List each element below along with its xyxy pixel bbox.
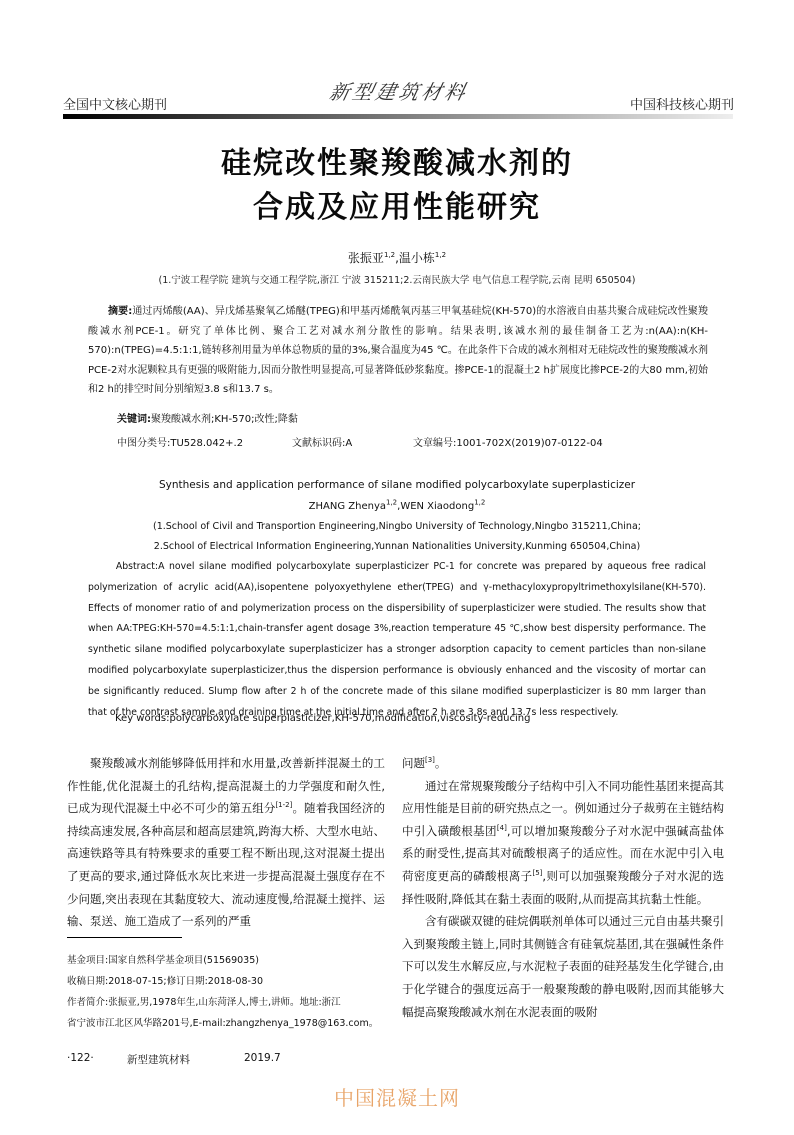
abstract-cn-text: 通过丙烯酸(AA)、异戊烯基聚氧乙烯醚(TPEG)和甲基丙烯酰氧丙基三甲氧基硅烷… xyxy=(88,306,708,395)
author-name: 温小栋 xyxy=(399,251,435,265)
body-paragraph: 问题[3]。 xyxy=(402,752,724,775)
citation-ref[interactable]: [3] xyxy=(425,756,435,764)
header-right-label: 中国科技核心期刊 xyxy=(630,94,734,113)
english-affiliation-1: (1.School of Civil and Transportion Engi… xyxy=(0,521,794,532)
paragraph-text: 。随着我国经济的持续高速发展,各种高层和超高层建筑,跨海大桥、大型水电站、高速铁… xyxy=(67,801,385,928)
footnote-fund: 基金项目:国家自然科学基金项目(51569035) xyxy=(67,950,387,971)
body-paragraph: 聚羧酸减水剂能够降低用拌和水用量,改善新拌混凝土的工作性能,优化混凝土的孔结构,… xyxy=(67,752,385,933)
keywords-en: Key words:polycarboxylate superplasticiz… xyxy=(115,713,530,724)
header-divider xyxy=(63,114,733,119)
author-name: 张振亚 xyxy=(348,251,384,265)
author-affil-sup: 1,2 xyxy=(386,499,397,507)
author-affil-sup: 1,2 xyxy=(474,499,485,507)
citation-ref[interactable]: [4] xyxy=(497,824,507,832)
paragraph-text: 问题 xyxy=(402,756,425,770)
paragraph-text: 含有碳碳双键的硅烷偶联剂单体可以通过三元自由基共聚引入到聚羧酸主链上,同时其侧链… xyxy=(402,914,724,1018)
footnote-bio-cont: 省宁波市江北区风华路201号,E-mail:zhangzhenya_1978@1… xyxy=(67,1013,387,1034)
clc-number: 中图分类号:TU528.042+.2 xyxy=(117,434,243,449)
keywords-en-text: polycarboxylate superplasticizer,KH-570,… xyxy=(169,713,530,724)
body-paragraph: 通过在常规聚羧酸分子结构中引入不同功能性基团来提高其应用性能是目前的研究热点之一… xyxy=(402,775,724,911)
abstract-en-text: A novel silane modified polycarboxylate … xyxy=(88,561,706,718)
keywords-en-label: Key words: xyxy=(115,713,169,724)
document-code: 文献标识码:A xyxy=(292,434,352,449)
header-left-label: 全国中文核心期刊 xyxy=(63,94,167,113)
english-title: Synthesis and application performance of… xyxy=(0,479,794,491)
keywords-cn-label: 关键词: xyxy=(117,414,151,425)
footnote-divider xyxy=(67,937,182,938)
author-name: WEN Xiaodong xyxy=(400,501,474,512)
abstract-cn: 摘要:通过丙烯酸(AA)、异戊烯基聚氧乙烯醚(TPEG)和甲基丙烯酰氧丙基三甲氧… xyxy=(88,302,708,400)
body-column-right: 问题[3]。 通过在常规聚羧酸分子结构中引入不同功能性基团来提高其应用性能是目前… xyxy=(402,752,724,1023)
abstract-en: Abstract:A novel silane modified polycar… xyxy=(88,557,706,723)
citation-ref[interactable]: [1-2] xyxy=(275,801,292,809)
footnotes: 基金项目:国家自然科学基金项目(51569035) 收稿日期:2018-07-1… xyxy=(67,950,387,1034)
page-number: ·122· xyxy=(67,1052,94,1064)
footnote-bio: 作者简介:张振亚,男,1978年生,山东菏泽人,博士,讲师。地址:浙江 xyxy=(67,992,387,1013)
body-column-left: 聚羧酸减水剂能够降低用拌和水用量,改善新拌混凝土的工作性能,优化混凝土的孔结构,… xyxy=(67,752,385,933)
paper-title-line1: 硅烷改性聚羧酸减水剂的 xyxy=(0,142,794,186)
paragraph-text: 。 xyxy=(435,756,447,770)
footnote-dates: 收稿日期:2018-07-15;修订日期:2018-08-30 xyxy=(67,971,387,992)
article-number: 文章编号:1001-702X(2019)07-0122-04 xyxy=(413,434,603,449)
author-name: ZHANG Zhenya xyxy=(309,501,386,512)
abstract-cn-label: 摘要: xyxy=(108,306,132,317)
watermark: 中国混凝土网 xyxy=(0,1082,794,1111)
citation-ref[interactable]: [5] xyxy=(533,869,543,877)
keywords-cn-text: 聚羧酸减水剂;KH-570;改性;降黏 xyxy=(151,414,298,425)
paper-title-line2: 合成及应用性能研究 xyxy=(0,186,794,230)
keywords-cn: 关键词:聚羧酸减水剂;KH-570;改性;降黏 xyxy=(117,410,298,425)
abstract-en-label: Abstract: xyxy=(116,561,158,572)
footer-issue: 2019.7 xyxy=(244,1052,281,1064)
author-affil-sup: 1,2 xyxy=(384,251,395,259)
affiliation-cn: (1.宁波工程学院 建筑与交通工程学院,浙江 宁波 315211;2.云南民族大… xyxy=(0,272,794,286)
journal-logo: 新型建筑材料 xyxy=(327,76,471,105)
authors-cn: 张振亚1,2,温小栋1,2 xyxy=(0,249,794,266)
body-paragraph: 含有碳碳双键的硅烷偶联剂单体可以通过三元自由基共聚引入到聚羧酸主链上,同时其侧链… xyxy=(402,910,724,1023)
english-affiliation-2: 2.School of Electrical Information Engin… xyxy=(0,541,794,552)
english-authors: ZHANG Zhenya1,2,WEN Xiaodong1,2 xyxy=(0,501,794,512)
footer-journal-name: 新型建筑材料 xyxy=(127,1052,190,1067)
author-affil-sup: 1,2 xyxy=(435,251,446,259)
